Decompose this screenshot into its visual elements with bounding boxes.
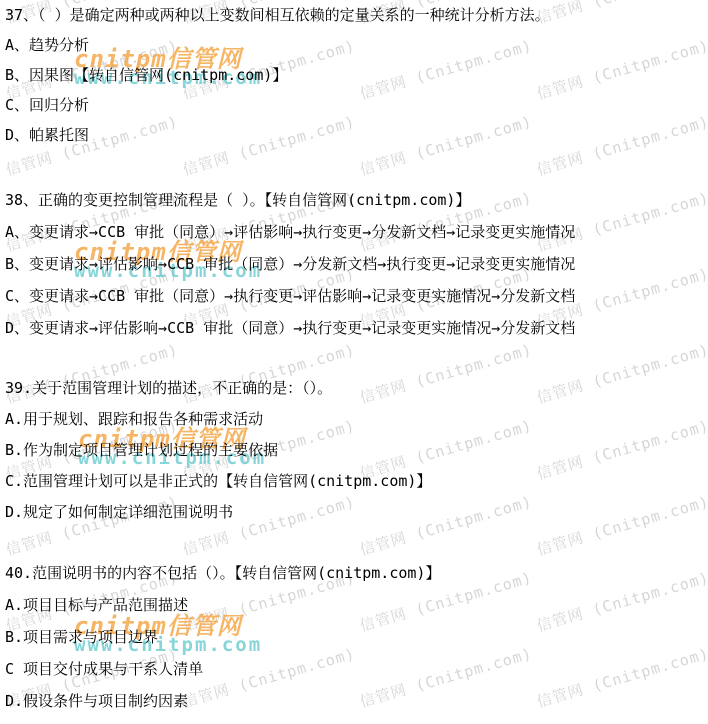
question-38: 38、正确的变更控制管理流程是（ ）。【转自信管网(cnitpm.com)】 A… [5,184,708,344]
question-39-option-a: A.用于规划、跟踪和报告各种需求活动 [5,404,708,435]
question-37-option-c: C、回归分析 [5,90,708,120]
question-38-option-b: B、变更请求→评估影响→CCB 审批（同意）→分发新文档→执行变更→记录变更实施… [5,248,708,280]
question-38-option-d: D、变更请求→评估影响→CCB 审批（同意）→执行变更→记录变更实施情况→分发新… [5,312,708,344]
question-38-option-c: C、变更请求→CCB 审批（同意）→执行变更→评估影响→记录变更实施情况→分发新… [5,280,708,312]
question-37: 37、（ ）是确定两种或两种以上变数间相互依赖的定量关系的一种统计分析方法。 A… [5,0,708,150]
question-39: 39.关于范围管理计划的描述，不正确的是：（）。 A.用于规划、跟踪和报告各种需… [5,373,708,528]
question-38-option-a: A、变更请求→CCB 审批（同意）→评估影响→执行变更→分发新文档→记录变更实施… [5,216,708,248]
question-37-option-d: D、帕累托图 [5,120,708,150]
question-40: 40.范围说明书的内容不包括（）。【转自信管网(cnitpm.com)】 A.项… [5,557,708,717]
question-37-option-b: B、因果图【转自信管网(cnitpm.com)】 [5,60,708,90]
question-38-stem: 38、正确的变更控制管理流程是（ ）。【转自信管网(cnitpm.com)】 [5,184,708,216]
question-39-option-b: B.作为制定项目管理计划过程的主要依据 [5,435,708,466]
question-37-option-a: A、趋势分析 [5,30,708,60]
question-39-option-c: C.范围管理计划可以是非正式的【转自信管网(cnitpm.com)】 [5,466,708,497]
exam-question-page: { "questions": [ { "stem": "37、（ ）是确定两种或… [0,0,708,724]
question-39-stem: 39.关于范围管理计划的描述，不正确的是：（）。 [5,373,708,404]
question-40-stem: 40.范围说明书的内容不包括（）。【转自信管网(cnitpm.com)】 [5,557,708,589]
question-40-option-c: C 项目交付成果与干系人清单 [5,653,708,685]
question-40-option-a: A.项目目标与产品范围描述 [5,589,708,621]
question-40-option-b: B.项目需求与项目边界 [5,621,708,653]
question-37-stem: 37、（ ）是确定两种或两种以上变数间相互依赖的定量关系的一种统计分析方法。 [5,0,708,30]
question-list: 37、（ ）是确定两种或两种以上变数间相互依赖的定量关系的一种统计分析方法。 A… [0,0,708,724]
question-40-option-d: D.假设条件与项目制约因素 [5,685,708,717]
question-39-option-d: D.规定了如何制定详细范围说明书 [5,497,708,528]
